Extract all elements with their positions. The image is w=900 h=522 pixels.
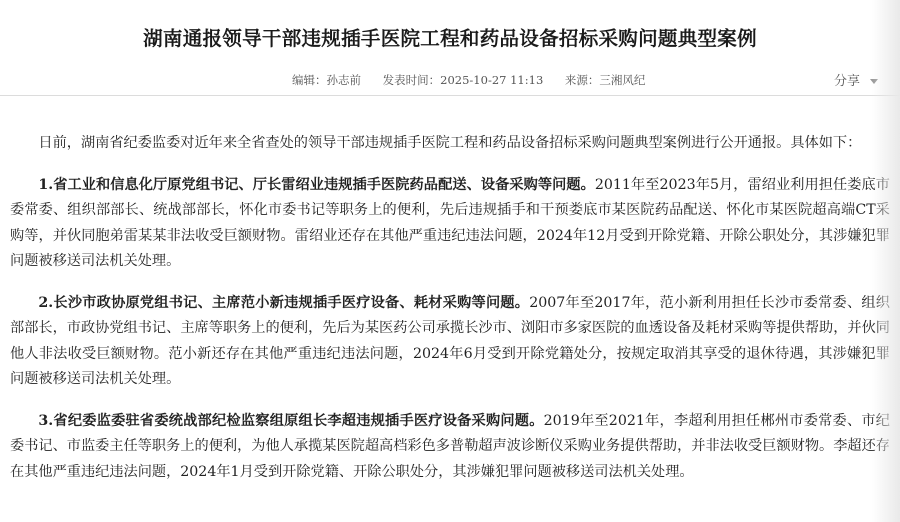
article-body: 日前，湖南省纪委监委对近年来全省查处的领导干部违规插手医院工程和药品设备招标采购… (10, 131, 890, 501)
case-heading: 2.长沙市政协原党组书记、主席范小新违规插手医疗设备、耗材采购等问题。 (38, 295, 529, 311)
article-title: 湖南通报领导干部违规插手医院工程和药品设备招标采购问题典型案例 (0, 23, 900, 51)
case-paragraph: 3.省纪委监委驻省委统战部纪检监察组原组长李超违规插手医疗设备采购问题。2019… (10, 409, 890, 486)
caret-down-icon (870, 79, 878, 84)
source: 来源：三湘风纪 (565, 73, 646, 87)
case-paragraph: 1.省工业和信息化厅原党组书记、厅长雷绍业违规插手医院药品配送、设备采购等问题。… (10, 173, 890, 275)
publish-time: 发表时间：2025-10-27 11:13 (383, 73, 544, 87)
editor: 编辑：孙志前 (292, 73, 361, 87)
share-button[interactable]: 分享 (834, 70, 878, 89)
case-heading: 3.省纪委监委驻省委统战部纪检监察组原组长李超违规插手医疗设备采购问题。 (38, 413, 543, 429)
header-divider (0, 95, 900, 96)
article-meta: 编辑：孙志前 发表时间：2025-10-27 11:13 来源：三湘风纪 (292, 72, 663, 88)
case-heading: 1.省工业和信息化厅原党组书记、厅长雷绍业违规插手医院药品配送、设备采购等问题。 (38, 177, 594, 193)
share-label: 分享 (834, 74, 860, 89)
intro-paragraph: 日前，湖南省纪委监委对近年来全省查处的领导干部违规插手医院工程和药品设备招标采购… (10, 131, 890, 157)
case-paragraph: 2.长沙市政协原党组书记、主席范小新违规插手医疗设备、耗材采购等问题。2007年… (10, 291, 890, 393)
